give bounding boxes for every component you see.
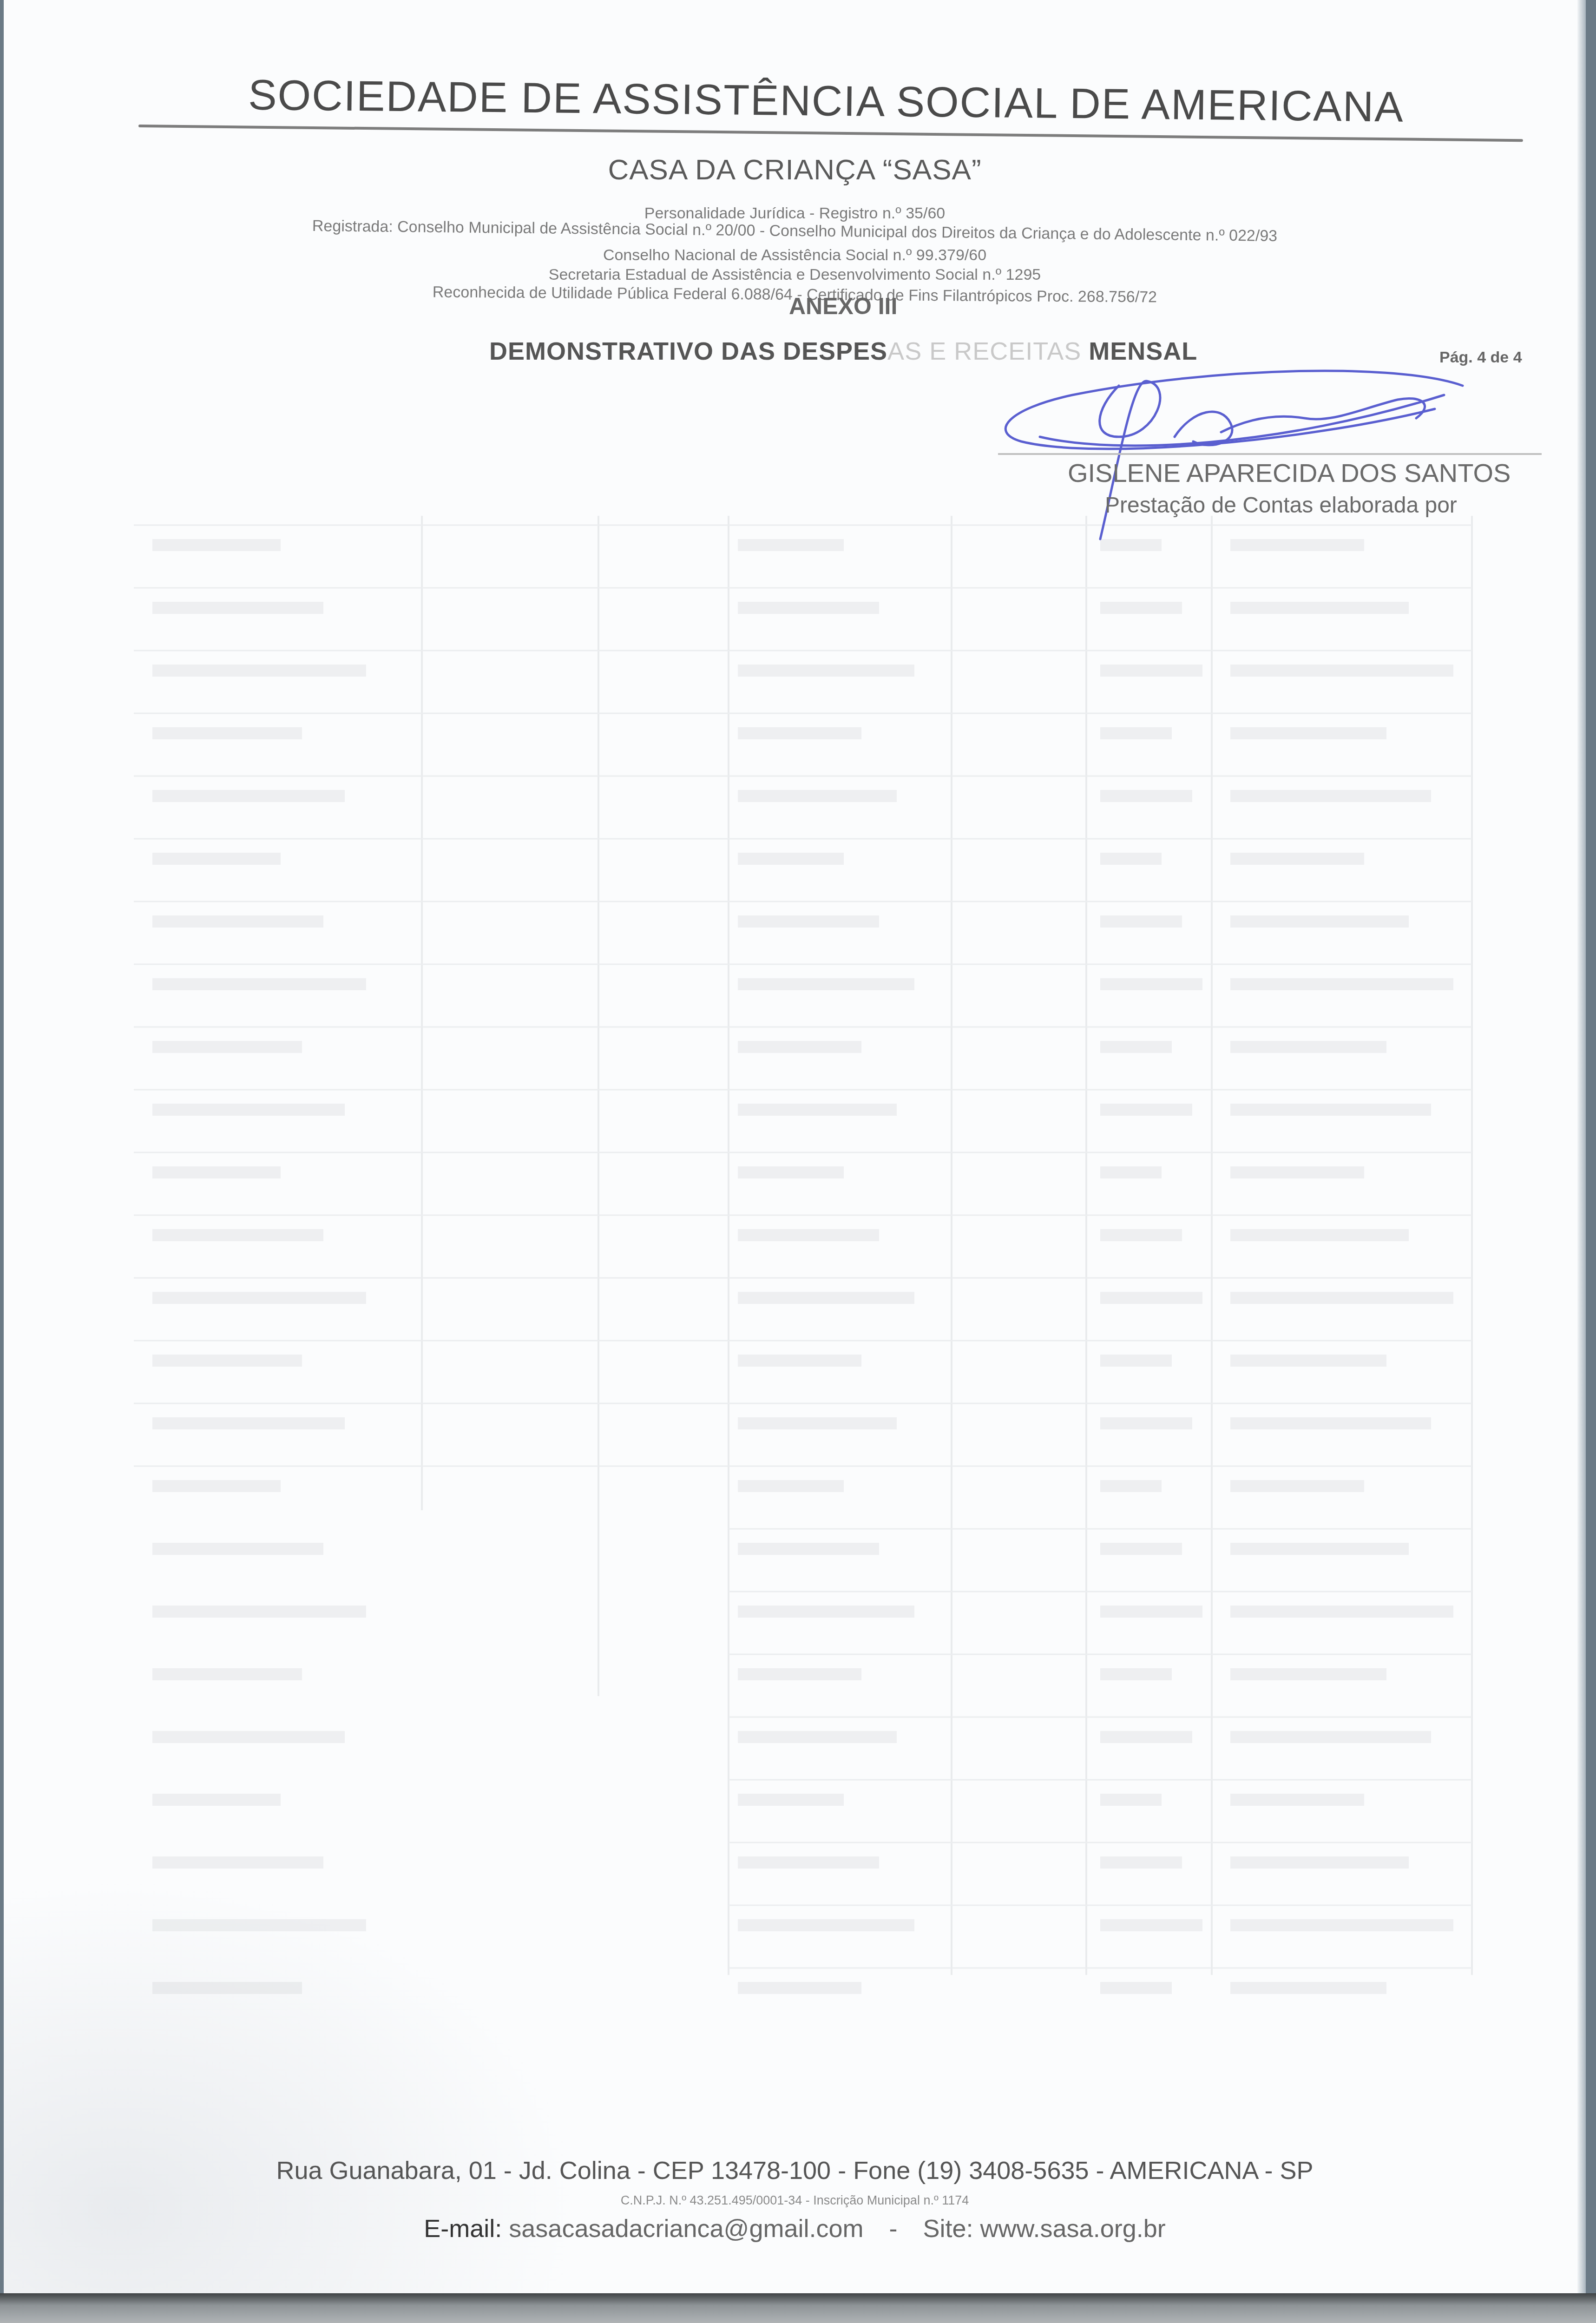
footer-cnpj: C.N.P.J. N.º 43.251.495/0001-34 - Inscri… xyxy=(4,2193,1586,2208)
annex-label: ANEXO III xyxy=(789,293,897,320)
footer-separator: - xyxy=(889,2215,897,2243)
site-link[interactable]: www.sasa.org.br xyxy=(980,2215,1166,2243)
organization-name: SOCIEDADE DE ASSISTÊNCIA SOCIAL DE AMERI… xyxy=(133,70,1518,133)
page-edge xyxy=(1577,0,1586,2293)
show-through-table xyxy=(134,488,1481,2068)
title-part-faded: AS E RECEITAS xyxy=(887,337,1081,365)
signer-role: Prestação de Contas elaborada por xyxy=(1105,493,1457,518)
organization-subtitle: CASA DA CRIANÇA “SASA” xyxy=(4,153,1586,186)
footer-address: Rua Guanabara, 01 - Jd. Colina - CEP 134… xyxy=(4,2156,1586,2185)
document-title: DEMONSTRATIVO DAS DESPESAS E RECEITAS ME… xyxy=(489,337,1197,366)
email-label: E-mail: xyxy=(424,2215,502,2243)
signature-line xyxy=(998,453,1542,455)
title-part: MENSAL xyxy=(1081,337,1197,365)
registration-line: Conselho Nacional de Assistência Social … xyxy=(4,246,1586,264)
page-number: Pág. 4 de 4 xyxy=(1439,349,1522,367)
footer-contact: E-mail: sasacasadacrianca@gmail.com - Si… xyxy=(4,2214,1586,2243)
signer-name: GISLENE APARECIDA DOS SANTOS xyxy=(1068,458,1511,488)
registration-line: Secretaria Estadual de Assistência e Des… xyxy=(4,266,1586,284)
scanned-page: SOCIEDADE DE ASSISTÊNCIA SOCIAL DE AMERI… xyxy=(4,0,1586,2293)
title-part: DEMONSTRATIVO DAS DESPES xyxy=(489,337,887,365)
scanner-bottom-edge xyxy=(0,2293,1596,2323)
site-label: Site: xyxy=(923,2215,973,2243)
email-link[interactable]: sasacasadacrianca@gmail.com xyxy=(509,2215,863,2243)
